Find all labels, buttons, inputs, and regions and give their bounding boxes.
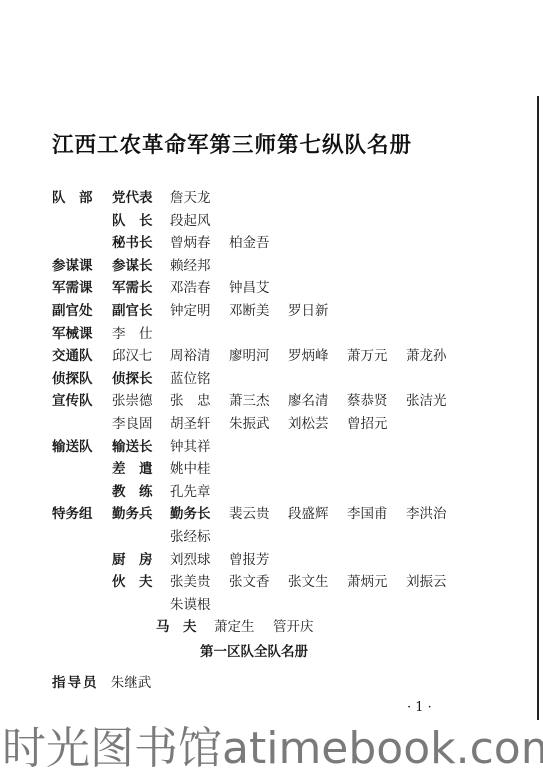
roster-name: 蔡恭贤 <box>347 389 388 409</box>
roster-name: 钟昌艾 <box>229 276 270 296</box>
roster-name: 朱振武 <box>229 412 270 432</box>
roster-label: 副官长 <box>112 299 153 319</box>
roster-name: 孔先章 <box>170 480 211 500</box>
roster-name: 李洪治 <box>406 502 447 522</box>
roster-label: 参谋长 <box>112 254 153 274</box>
roster-name: 李国甫 <box>347 502 388 522</box>
roster-name: 邱汉七 <box>112 344 153 364</box>
section-subtitle: 第一区队全队名册 <box>200 640 308 660</box>
roster-label: 队 部 <box>52 186 93 206</box>
roster-name: 赖经邦 <box>170 254 211 274</box>
roster-label: 交通队 <box>52 344 93 364</box>
roster-name: 蓝位铭 <box>170 367 211 387</box>
roster-name: 曾炳春 <box>170 231 211 251</box>
roster-name: 张文生 <box>288 570 329 590</box>
roster-name: 张 忠 <box>170 389 211 409</box>
instructor-name: 朱继武 <box>111 675 152 691</box>
roster-name: 管开庆 <box>273 615 314 635</box>
roster-name: 廖明河 <box>229 344 270 364</box>
roster-label: 输送队 <box>52 435 93 455</box>
roster-name: 萧炳元 <box>347 570 388 590</box>
roster-name: 刘烈球 <box>170 548 211 568</box>
roster-name: 刘振云 <box>406 570 447 590</box>
roster-name: 张文香 <box>229 570 270 590</box>
roster-name: 萧万元 <box>347 344 388 364</box>
roster-name: 李良固 <box>112 412 153 432</box>
roster-label: 侦探队 <box>52 367 93 387</box>
roster-label: 差 遣 <box>112 457 153 477</box>
roster-label: 宣传队 <box>52 389 93 409</box>
roster-name: 张洁光 <box>406 389 447 409</box>
roster-name: 曾报芳 <box>229 548 270 568</box>
roster-name: 曾招元 <box>347 412 388 432</box>
roster-name: 周裕清 <box>170 344 211 364</box>
roster-name: 张经标 <box>170 525 211 545</box>
roster-label: 军需课 <box>52 276 93 296</box>
roster-label: 军需长 <box>112 276 153 296</box>
roster-name: 廖名清 <box>288 389 329 409</box>
roster-name: 罗日新 <box>288 299 329 319</box>
document-title: 江西工农革命军第三师第七纵队名册 <box>52 128 482 159</box>
roster-name: 段起风 <box>170 209 211 229</box>
roster-label: 厨 房 <box>112 548 153 568</box>
roster-name: 柏金吾 <box>229 231 270 251</box>
roster-name: 萧三杰 <box>229 389 270 409</box>
roster-label: 军械课 <box>52 322 93 342</box>
watermark: 时光图书馆atimebook.com <box>2 712 543 768</box>
roster-name: 张崇德 <box>112 389 153 409</box>
roster-label: 勤务兵 <box>112 502 153 522</box>
roster-name: 胡圣轩 <box>170 412 211 432</box>
roster-name: 姚中桂 <box>170 457 211 477</box>
roster-label: 侦探长 <box>112 367 153 387</box>
roster-label: 队 长 <box>112 209 153 229</box>
roster-name: 钟定明 <box>170 299 211 319</box>
roster-label: 秘书长 <box>112 231 153 251</box>
page-edge-line <box>537 96 539 720</box>
roster-label: 特务组 <box>52 502 93 522</box>
roster-name: 张美贵 <box>170 570 211 590</box>
roster-label: 马 夫 <box>156 615 197 635</box>
roster-name: 邓浩春 <box>170 276 211 296</box>
roster-name: 朱谟根 <box>170 593 211 613</box>
roster-label: 副官处 <box>52 299 93 319</box>
roster-label: 党代表 <box>112 186 153 206</box>
roster-name: 裴云贵 <box>229 502 270 522</box>
roster-name: 钟其祥 <box>170 435 211 455</box>
roster-label: 教 练 <box>112 480 153 500</box>
roster-name: 段盛辉 <box>288 502 329 522</box>
roster-name: 邓断美 <box>229 299 270 319</box>
roster-name: 罗炳峰 <box>288 344 329 364</box>
roster-name: 詹天龙 <box>170 186 211 206</box>
roster-label: 伙 夫 <box>112 570 153 590</box>
roster-name: 刘松芸 <box>288 412 329 432</box>
roster-name: 萧定生 <box>214 615 255 635</box>
roster-name: 李 仕 <box>112 322 153 342</box>
instructor-line: 指导员 朱继武 <box>52 671 151 691</box>
instructor-label: 指导员 <box>52 675 99 691</box>
roster-name: 萧龙孙 <box>406 344 447 364</box>
roster-label: 勤务长 <box>170 502 211 522</box>
roster-label: 输送长 <box>112 435 153 455</box>
roster-label: 参谋课 <box>52 254 93 274</box>
